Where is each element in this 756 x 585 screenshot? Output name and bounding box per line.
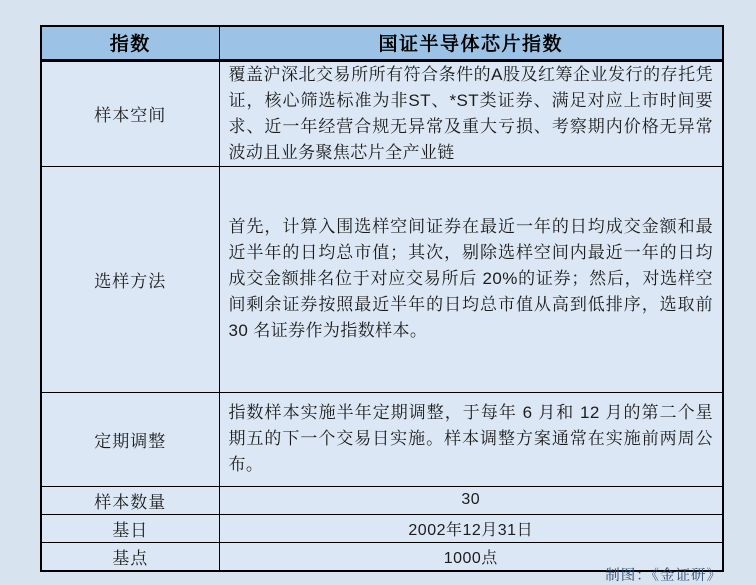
- row-value-periodic-adjustment: 指数样本实施半年定期调整，于每年 6 月和 12 月的第二个星期五的下一个交易日…: [219, 392, 723, 486]
- table-row-base-date: 基日 2002年12月31日: [41, 514, 723, 542]
- table-row-sample-count: 样本数量 30: [41, 486, 723, 514]
- table-row-periodic-adjustment: 定期调整 指数样本实施半年定期调整，于每年 6 月和 12 月的第二个星期五的下…: [41, 392, 723, 486]
- table-row-selection-method: 选样方法 首先，计算入围选样空间证券在最近一年的日均成交金额和最近半年的日均总市…: [41, 166, 723, 392]
- table-header-row: 指数 国证半导体芯片指数: [41, 26, 723, 60]
- row-label-base-point: 基点: [41, 542, 219, 571]
- row-label-selection-method: 选样方法: [41, 166, 219, 392]
- row-label-base-date: 基日: [41, 514, 219, 542]
- credit-line: 制图：《金证研》: [605, 564, 722, 585]
- row-label-sample-space: 样本空间: [41, 60, 219, 166]
- row-label-sample-count: 样本数量: [41, 486, 219, 514]
- row-value-sample-count: 30: [219, 486, 723, 514]
- table-row-sample-space: 样本空间 覆盖沪深北交易所所有符合条件的A股及红筹企业发行的存托凭证，核心筛选标…: [41, 60, 723, 166]
- row-value-base-date: 2002年12月31日: [219, 514, 723, 542]
- row-value-sample-space: 覆盖沪深北交易所所有符合条件的A股及红筹企业发行的存托凭证，核心筛选标准为非ST…: [219, 60, 723, 166]
- row-label-periodic-adjustment: 定期调整: [41, 392, 219, 486]
- page: { "chart_data": { "type": "table", "titl…: [0, 0, 756, 585]
- row-value-selection-method: 首先，计算入围选样空间证券在最近一年的日均成交金额和最近半年的日均总市值；其次，…: [219, 166, 723, 392]
- header-cell-index-label: 指数: [41, 26, 219, 60]
- header-cell-index-name: 国证半导体芯片指数: [219, 26, 723, 60]
- index-spec-table: 指数 国证半导体芯片指数 样本空间 覆盖沪深北交易所所有符合条件的A股及红筹企业…: [40, 25, 724, 572]
